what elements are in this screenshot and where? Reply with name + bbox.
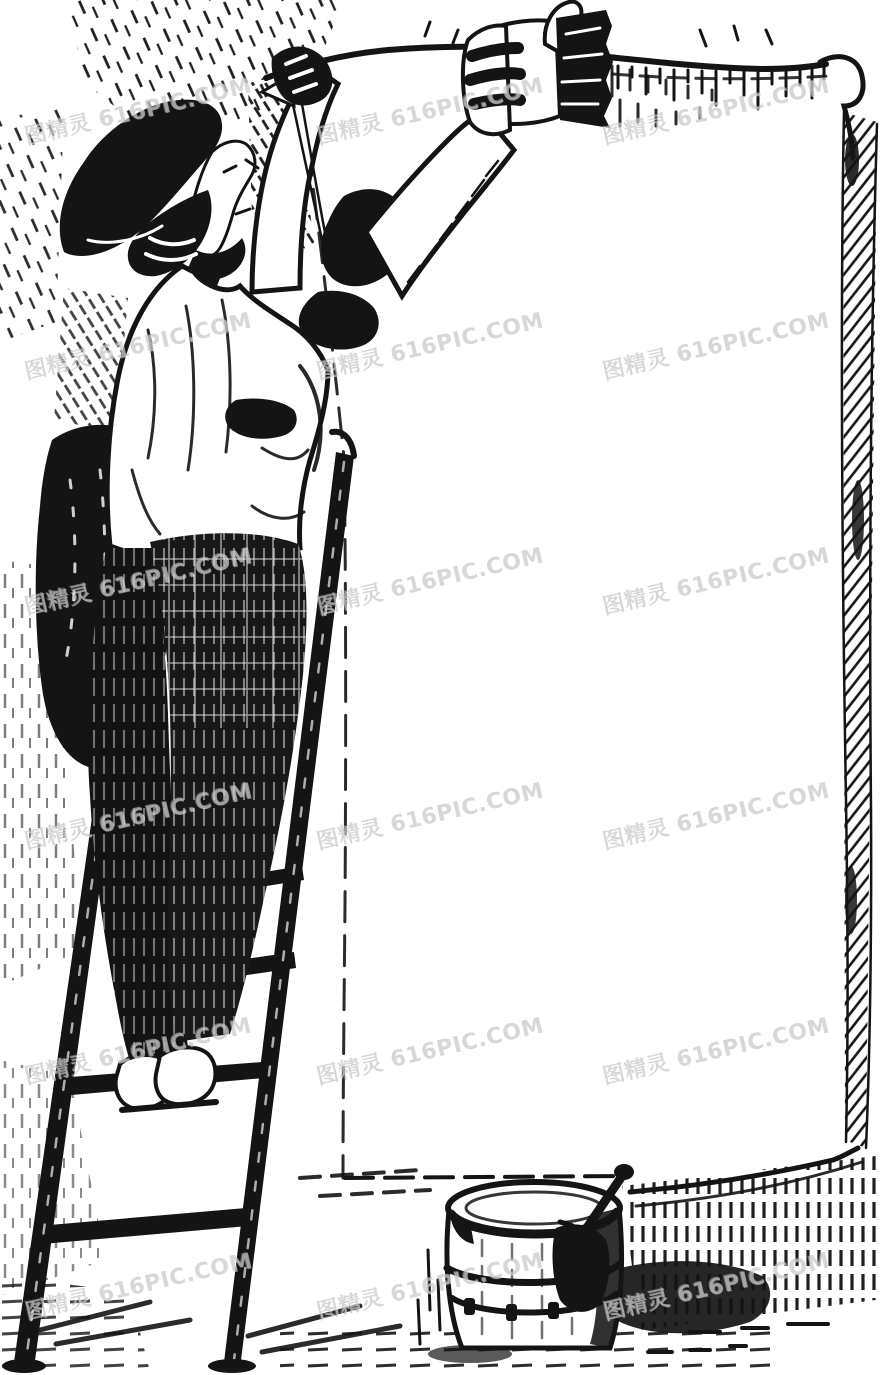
shoe-front [156, 1047, 216, 1104]
brush-bristles [556, 10, 613, 128]
head [60, 100, 258, 280]
floor-dark-patch [602, 1261, 770, 1333]
engraving-illustration [0, 0, 880, 1375]
floor [0, 1156, 876, 1372]
shoes [116, 1047, 216, 1110]
illustration-canvas: 图精灵 616PIC.COM 图精灵 616PIC.COM 图精灵 616PIC… [0, 0, 880, 1375]
paste-bucket [447, 1164, 634, 1348]
poster-right-border [842, 112, 877, 1148]
paste-brush [463, 2, 613, 135]
